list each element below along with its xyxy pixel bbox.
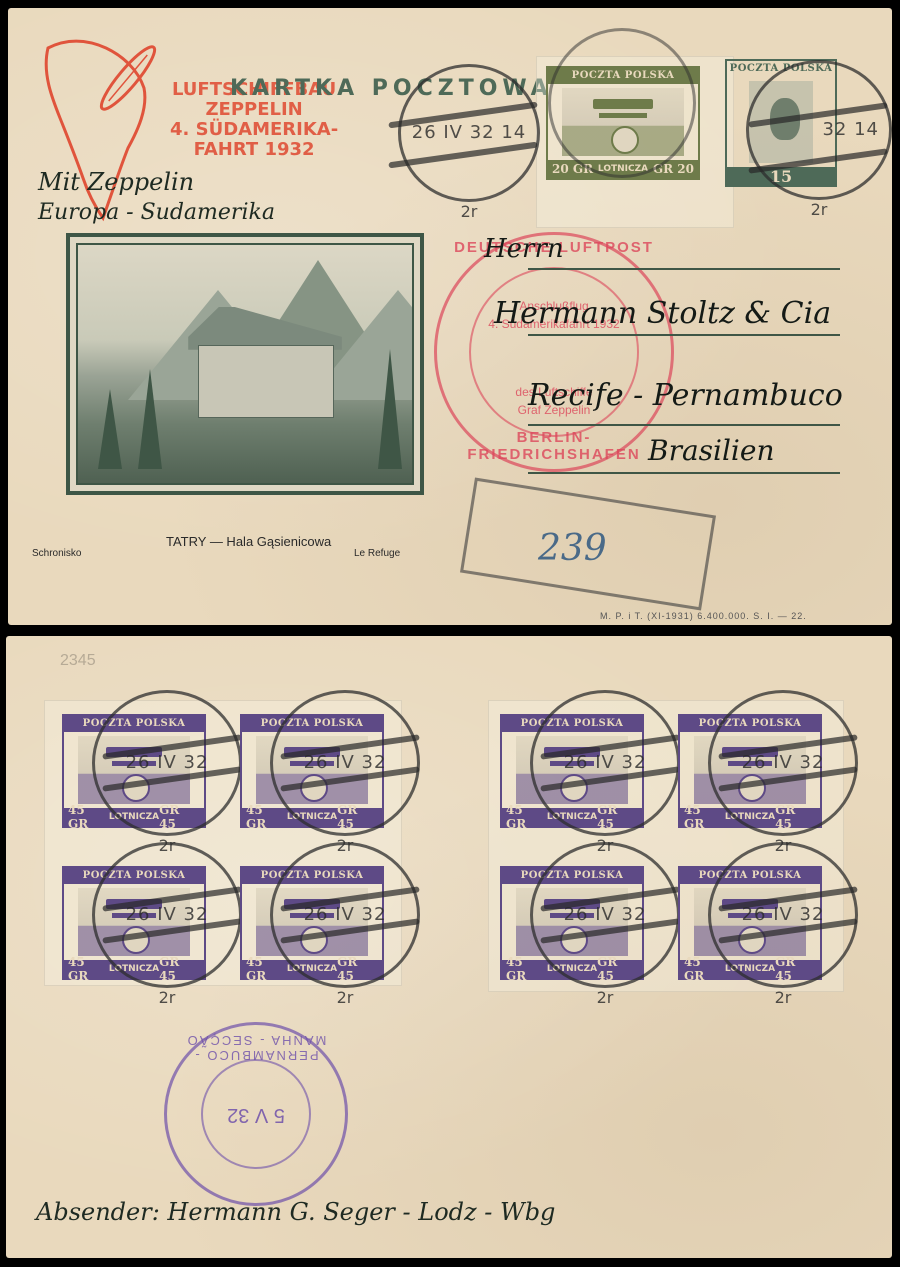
address-salutation: Herrn <box>484 234 564 264</box>
stamp-value: 45 GR <box>506 955 547 983</box>
postmark: 26 IV 32 14 2r <box>398 64 540 202</box>
stamp-value: 45 GR <box>684 803 725 831</box>
sender-line: Absender: Hermann G. Seger - Lodz - Wbg <box>36 1198 555 1226</box>
address-line <box>528 268 840 270</box>
postcard-front: LUFTSCHIFFBAU ZEPPELIN 4. SÜDAMERIKA- FA… <box>8 8 892 625</box>
address-line <box>528 334 840 336</box>
picture-caption-left: Schronisko <box>32 548 81 559</box>
printer-imprint: M. P. i T. (XI-1931) 6.400.000. S. I. — … <box>600 611 807 621</box>
arrival-cachet-text: PERNAMBUCO - MANHA - SECÇÃO <box>167 1033 345 1063</box>
stamp-value: 45 GR <box>246 955 287 983</box>
arrival-cachet-date: 5 V 32 <box>167 1103 345 1126</box>
postmark-code: 2r <box>273 988 417 1007</box>
address-country: Brasilien <box>648 434 775 467</box>
stamp-value: 45 GR <box>68 803 109 831</box>
postmark-date: 26 IV 32 14 <box>401 122 537 143</box>
address-line <box>528 472 840 474</box>
manuscript-routing-1: Mit Zeppelin <box>38 168 194 196</box>
postmark: 26 IV 32 2r <box>92 842 242 988</box>
postmark: 32 14 2r <box>746 60 892 200</box>
stamp-value: 45 GR <box>246 803 287 831</box>
postmark-code: 2r <box>533 988 677 1007</box>
registration-number: 239 <box>538 528 607 569</box>
postmark-code: 2r <box>711 988 855 1007</box>
cachet-line: FAHRT 1932 <box>170 140 338 160</box>
arrival-cachet: PERNAMBUCO - MANHA - SECÇÃO 5 V 32 <box>164 1022 348 1206</box>
stamp-value: 45 GR <box>68 955 109 983</box>
postmark: 26 IV 32 2r <box>708 690 858 836</box>
pencil-note: 2345 <box>60 652 96 670</box>
postmark: 26 IV 32 2r <box>530 842 680 988</box>
postmark-code: 2r <box>749 200 889 219</box>
stamp-value: 45 GR <box>684 955 725 983</box>
cachet-line: ZEPPELIN <box>170 100 338 120</box>
address-city: Recife - Pernambuco <box>528 378 843 413</box>
picture-caption-right: Le Refuge <box>354 548 400 559</box>
tatra-picture <box>66 233 424 495</box>
stamp-value: 45 GR <box>506 803 547 831</box>
postmark: 26 IV 32 2r <box>270 842 420 988</box>
manuscript-routing-2: Europa - Sudamerika <box>38 200 275 225</box>
cachet-ring-text: BERLIN-FRIEDRICHSHAFEN <box>437 429 671 463</box>
south-america-zeppelin-icon <box>28 18 178 228</box>
address-line <box>528 424 840 426</box>
mountain-hut-icon <box>198 345 334 418</box>
postmark: 26 IV 32 2r <box>530 690 680 836</box>
postmark: 26 IV 32 2r <box>270 690 420 836</box>
postmark-code: 2r <box>95 988 239 1007</box>
postmark <box>548 28 696 178</box>
address-name: Hermann Stoltz & Cia <box>494 296 831 331</box>
cachet-line: 4. SÜDAMERIKA- <box>170 120 338 140</box>
postmark-code: 2r <box>401 202 537 221</box>
postmark: 26 IV 32 2r <box>92 690 242 836</box>
postmark: 26 IV 32 2r <box>708 842 858 988</box>
picture-caption: TATRY — Hala Gąsienicowa <box>166 534 331 549</box>
